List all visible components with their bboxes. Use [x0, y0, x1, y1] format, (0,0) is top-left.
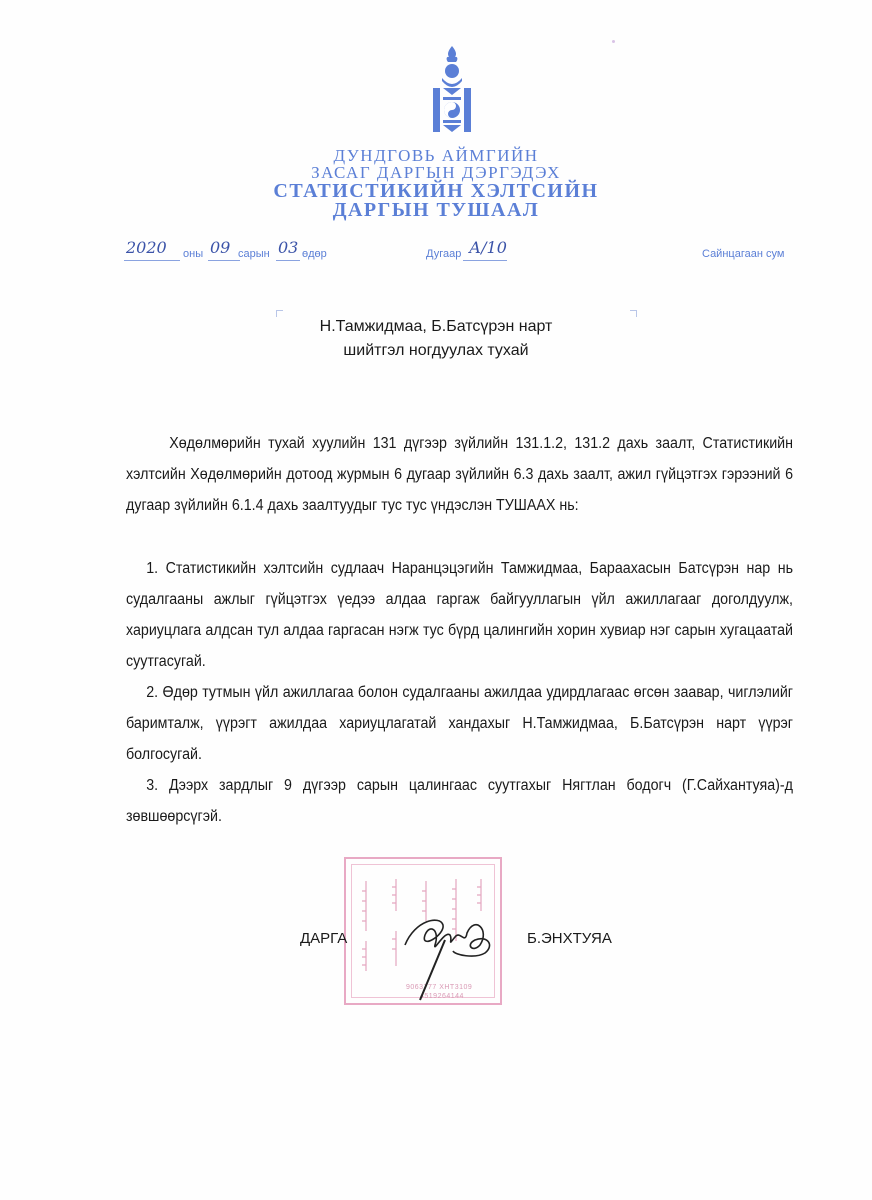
- scan-speck: [612, 40, 615, 43]
- preamble-paragraph: Хөдөлмөрийн тухай хуулийн 131 дүгээр зүй…: [126, 428, 793, 521]
- order-item-text: Өдөр тутмын үйл ажиллагаа болон судалгаа…: [126, 684, 793, 763]
- soyombo-emblem-icon: [431, 46, 473, 134]
- order-item-number: 2.: [146, 684, 158, 701]
- subject-line-2: шийтгэл ногдуулах тухай: [0, 342, 872, 360]
- month-field: 09: [208, 240, 240, 261]
- year-value: 2020: [126, 238, 167, 257]
- order-item-3: 3. Дээрх зардлыг 9 дүгээр сарын цалингаа…: [126, 770, 793, 832]
- month-label: сарын: [238, 248, 270, 260]
- order-item-text: Статистикийн хэлтсийн судлаач Наранцэцэг…: [126, 560, 793, 670]
- month-value: 09: [210, 238, 230, 257]
- day-value: 03: [278, 238, 298, 257]
- order-document: ДУНДГОВЬ АЙМГИЙН ЗАСАГ ДАРГЫН ДЭРГЭДЭХ С…: [0, 0, 872, 1200]
- order-item-text: Дээрх зардлыг 9 дүгээр сарын цалингаас с…: [126, 777, 793, 825]
- order-item-1: 1. Статистикийн хэлтсийн судлаач Наранцэ…: [126, 553, 793, 677]
- year-label: оны: [183, 248, 203, 260]
- order-item-2: 2. Өдөр тутмын үйл ажиллагаа болон судал…: [126, 677, 793, 770]
- number-value: А/10: [469, 238, 507, 257]
- subject-corner-right: [630, 310, 637, 317]
- day-label: өдөр: [302, 248, 327, 260]
- order-item-number: 3.: [146, 777, 158, 794]
- order-item-number: 1.: [146, 560, 158, 577]
- header-order-title: ДАРГЫН ТУШААЛ: [0, 199, 872, 222]
- signatory-name: Б.ЭНХТУЯА: [527, 930, 612, 947]
- order-meta-row: 2020 оны 09 сарын 03 өдөр Дугаар А/10 Са…: [0, 240, 872, 266]
- subject-line-1: Н.Тамжидмаа, Б.Батсүрэн нарт: [0, 318, 872, 336]
- number-field: А/10: [463, 240, 507, 261]
- subject-corner-left: [276, 310, 283, 317]
- handwritten-signature-icon: [395, 905, 505, 1005]
- location-text: Сайнцагаан сум: [702, 248, 784, 260]
- signatory-title: ДАРГА: [300, 930, 347, 947]
- number-label: Дугаар: [426, 248, 461, 260]
- day-field: 03: [276, 240, 300, 261]
- year-field: 2020: [124, 240, 180, 261]
